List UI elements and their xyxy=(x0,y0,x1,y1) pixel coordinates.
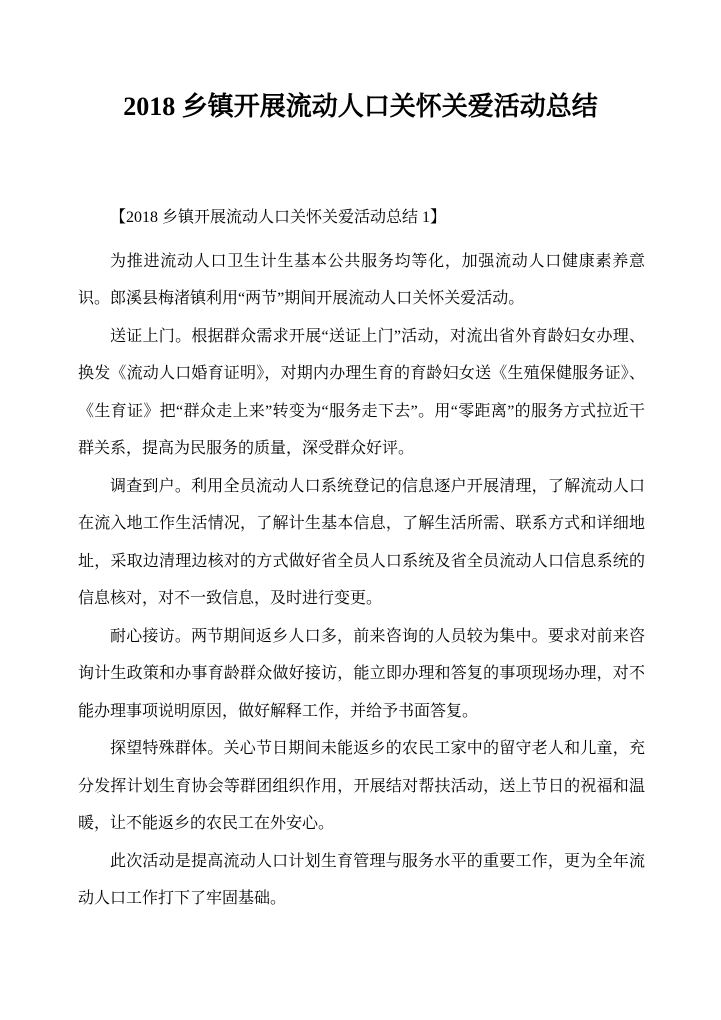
section-heading: 【2018 乡镇开展流动人口关怀关爱活动总结 1】 xyxy=(78,199,645,237)
paragraph: 调查到户。利用全员流动人口系统登记的信息逐户开展清理，了解流动人口在流入地工作生… xyxy=(78,468,645,618)
paragraph: 耐心接访。两节期间返乡人口多，前来咨询的人员较为集中。要求对前来咨询计生政策和办… xyxy=(78,618,645,731)
paragraph: 送证上门。根据群众需求开展“送证上门”活动，对流出省外育龄妇女办理、换发《流动人… xyxy=(78,318,645,468)
document-body: 【2018 乡镇开展流动人口关怀关爱活动总结 1】 为推进流动人口卫生计生基本公… xyxy=(0,122,721,918)
paragraph-list: 为推进流动人口卫生计生基本公共服务均等化，加强流动人口健康素养意识。郎溪县梅渚镇… xyxy=(78,243,645,918)
document-title: 2018 乡镇开展流动人口关怀关爱活动总结 xyxy=(0,0,721,122)
paragraph: 探望特殊群体。关心节日期间未能返乡的农民工家中的留守老人和儿童，充分发挥计划生育… xyxy=(78,730,645,843)
paragraph: 为推进流动人口卫生计生基本公共服务均等化，加强流动人口健康素养意识。郎溪县梅渚镇… xyxy=(78,243,645,318)
document-page: 2018 乡镇开展流动人口关怀关爱活动总结 【2018 乡镇开展流动人口关怀关爱… xyxy=(0,0,721,1020)
paragraph: 此次活动是提高流动人口计划生育管理与服务水平的重要工作，更为全年流动人口工作打下… xyxy=(78,843,645,918)
